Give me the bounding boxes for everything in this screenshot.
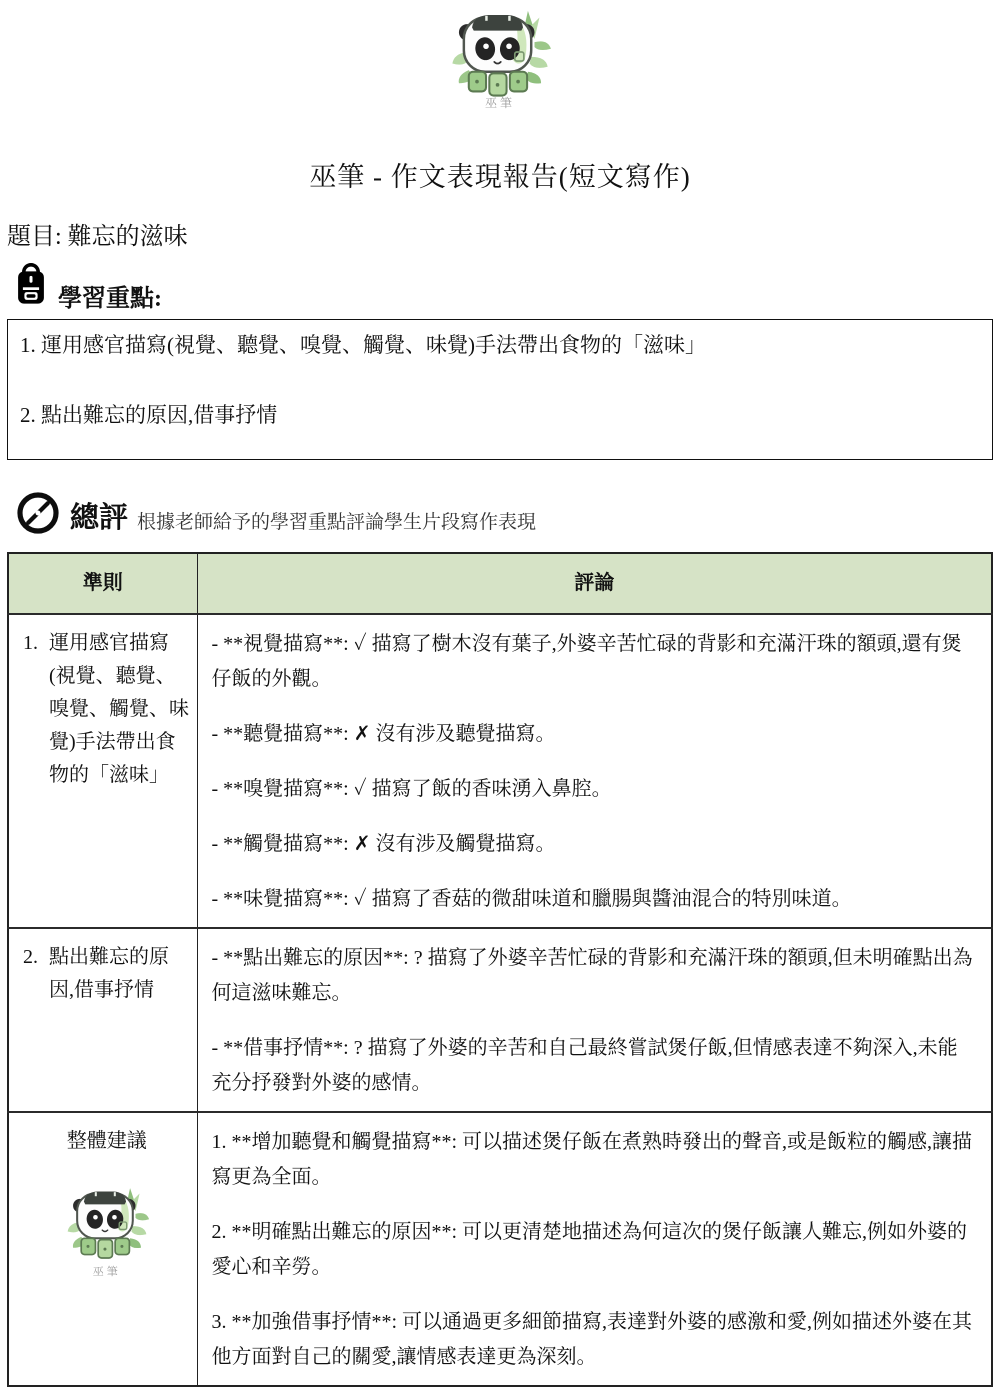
report-page: 巫筆 巫筆 - 作文表現報告(短文寫作) 題目: 難忘的滋味 學習重點: 1. … (0, 0, 1000, 1399)
criteria-column-header: 準則 (8, 553, 197, 614)
backpack-icon (13, 261, 49, 312)
comment-paragraph: - **視覺描寫**: ✓ 描寫了樹木沒有葉子,外婆辛苦忙碌的背影和充滿汗珠的額… (212, 627, 978, 697)
table-row: 2. 點出難忘的原因,借事抒情 - **點出難忘的原因**: ? 描寫了外婆辛苦… (8, 928, 992, 1112)
comment-paragraph: - **聽覺描寫**: ✗ 沒有涉及聽覺描寫。 (212, 717, 978, 752)
overall-subtitle: 根據老師給予的學習重點評論學生片段寫作表現 (137, 507, 536, 534)
cell-logo-caption: 巫筆 (23, 1256, 191, 1289)
comment-paragraph: 3. **加強借事抒情**: 可以通過更多細節描寫,表達對外婆的感激和愛,例如描… (212, 1305, 978, 1375)
criteria-text: 點出難忘的原因,借事抒情 (49, 941, 191, 1007)
evaluation-table: 準則 評論 1. 運用感官描寫(視覺、聽覺、嗅覺、觸覺、味覺)手法帶出食物的「滋… (7, 552, 993, 1387)
learning-point: 2. 點出難忘的原因,借事抒情 (20, 400, 980, 430)
comment-paragraph: - **味覺描寫**: ✓ 描寫了香菇的微甜味道和臘腸與醬油混合的特別味道。 (212, 882, 978, 917)
logo-block: 巫筆 (7, 6, 993, 111)
comment-paragraph: 1. **增加聽覺和觸覺描寫**: 可以描述煲仔飯在煮熟時發出的聲音,或是飯粒的… (212, 1125, 978, 1195)
logo-caption: 巫筆 (7, 94, 993, 111)
panda-mascot-icon (23, 1184, 191, 1260)
criteria-cell: 整體建議 (8, 1112, 197, 1386)
criteria-number: 1. (23, 627, 38, 792)
comment-paragraph: - **借事抒情**: ? 描寫了外婆的辛苦和自己最終嘗試煲仔飯,但情感表達不夠… (212, 1031, 978, 1101)
comments-cell: - **視覺描寫**: ✓ 描寫了樹木沒有葉子,外婆辛苦忙碌的背影和充滿汗珠的額… (197, 614, 992, 928)
comments-cell: 1. **增加聽覺和觸覺描寫**: 可以描述煲仔飯在煮熟時發出的聲音,或是飯粒的… (197, 1112, 992, 1386)
cell-logo-block: 巫筆 (23, 1184, 191, 1289)
learning-points-heading: 學習重點: (13, 261, 993, 312)
criteria-cell: 1. 運用感官描寫(視覺、聽覺、嗅覺、觸覺、味覺)手法帶出食物的「滋味」 (8, 614, 197, 928)
comment-paragraph: 2. **明確點出難忘的原因**: 可以更清楚地描述為何這次的煲仔飯讓人難忘,例… (212, 1215, 978, 1285)
comment-paragraph: - **嗅覺描寫**: ✓ 描寫了飯的香味湧入鼻腔。 (212, 772, 978, 807)
comment-paragraph: - **點出難忘的原因**: ? 描寫了外婆辛苦忙碌的背影和充滿汗珠的額頭,但未… (212, 941, 978, 1011)
essay-topic: 題目: 難忘的滋味 (7, 216, 993, 251)
overall-suggestions-label: 整體建議 (23, 1125, 191, 1158)
comments-cell: - **點出難忘的原因**: ? 描寫了外婆辛苦忙碌的背影和充滿汗珠的額頭,但未… (197, 928, 992, 1112)
overall-heading: 總評 根據老師給予的學習重點評論學生片段寫作表現 (15, 490, 993, 541)
table-row: 1. 運用感官描寫(視覺、聽覺、嗅覺、觸覺、味覺)手法帶出食物的「滋味」 - *… (8, 614, 992, 928)
page-title: 巫筆 - 作文表現報告(短文寫作) (7, 155, 993, 194)
overall-title: 總評 (70, 495, 128, 536)
learning-points-label: 學習重點: (58, 286, 162, 312)
table-header-row: 準則 評論 (8, 553, 992, 614)
comment-paragraph: - **觸覺描寫**: ✗ 沒有涉及觸覺描寫。 (212, 827, 978, 862)
criteria-cell: 2. 點出難忘的原因,借事抒情 (8, 928, 197, 1112)
compass-icon (15, 490, 61, 541)
criteria-text: 運用感官描寫(視覺、聽覺、嗅覺、觸覺、味覺)手法帶出食物的「滋味」 (49, 627, 191, 792)
panda-mascot-icon (7, 6, 993, 98)
learning-point: 1. 運用感官描寫(視覺、聽覺、嗅覺、觸覺、味覺)手法帶出食物的「滋味」 (20, 330, 980, 360)
table-row: 整體建議 (8, 1112, 992, 1386)
comments-column-header: 評論 (197, 553, 992, 614)
criteria-number: 2. (23, 941, 38, 1007)
learning-points-box: 1. 運用感官描寫(視覺、聽覺、嗅覺、觸覺、味覺)手法帶出食物的「滋味」 2. … (7, 319, 993, 460)
